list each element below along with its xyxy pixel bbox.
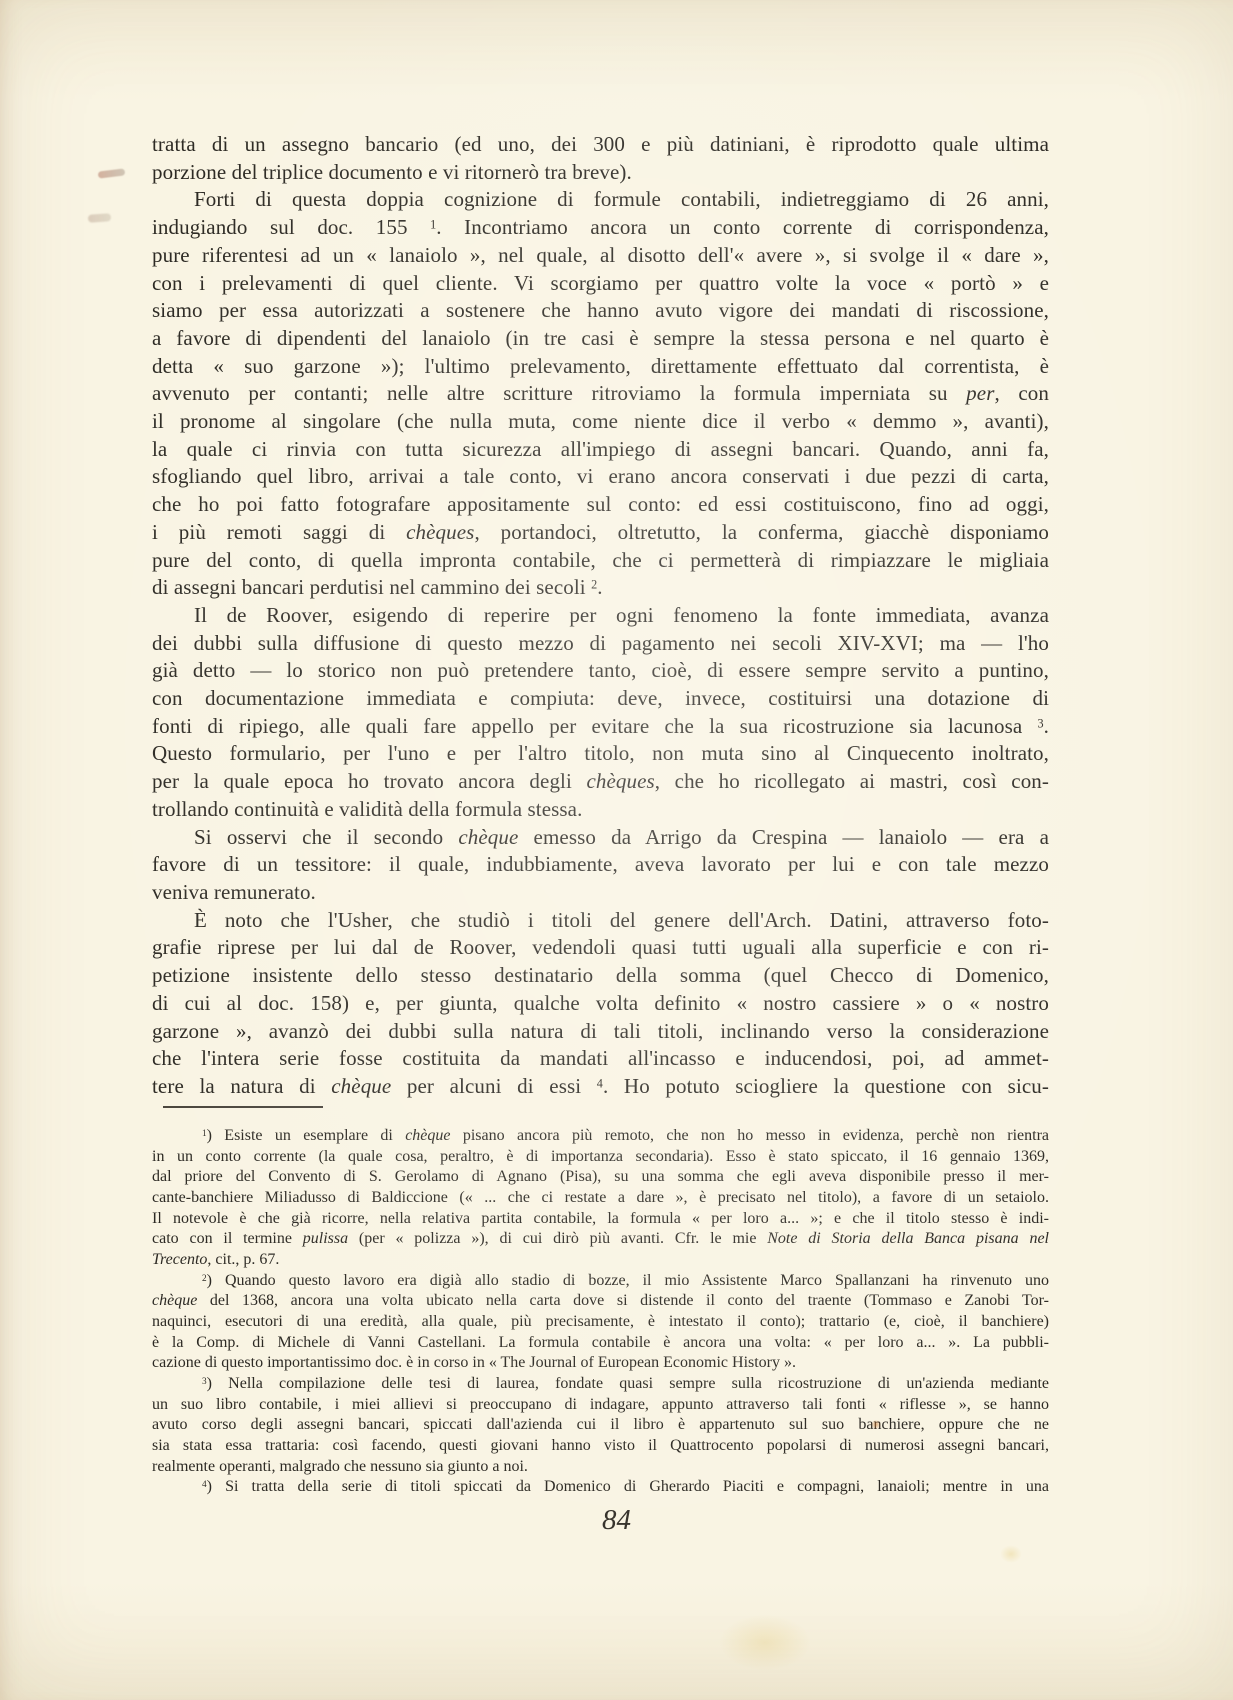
text-segment: ) Quando questo lavoro era digià allo st… (207, 1272, 1049, 1289)
text-line: favore di un tessitore: il quale, indubb… (152, 851, 1049, 879)
text-line: dei dubbi sulla diffusione di questo mez… (152, 630, 1049, 658)
text-segment: in un conto corrente (la quale cosa, per… (152, 1148, 1049, 1165)
text-line: tere la natura di chèque per alcuni di e… (152, 1073, 1049, 1101)
text-segment: avuto corso degli assegni bancari, spicc… (152, 1416, 1049, 1433)
text-line: che l'intera serie fosse costituita da m… (152, 1045, 1049, 1073)
text-segment: (per « polizza »), di cui dirò più avant… (348, 1230, 767, 1247)
text-line: di assegni bancari perdutisi nel cammino… (152, 574, 1049, 602)
text-segment: cazione di questo importantissimo doc. è… (152, 1354, 796, 1371)
text-segment: i più remoti saggi di (152, 520, 406, 544)
text-segment: ) Nella compilazione delle tesi di laure… (207, 1375, 1049, 1392)
text-segment: con i prelevamenti di quel cliente. Vi s… (152, 271, 1049, 295)
text-line: con i prelevamenti di quel cliente. Vi s… (152, 270, 1049, 298)
text-segment: veniva remunerato. (152, 880, 316, 904)
text-segment: Il de Roover, esigendo di reperire per o… (194, 603, 1049, 627)
text-line: con documentazione immediata e compiuta:… (152, 685, 1049, 713)
paper-stain (871, 1420, 881, 1429)
text-segment: dei dubbi sulla diffusione di questo mez… (152, 631, 1049, 655)
text-line: veniva remunerato. (152, 879, 1049, 907)
text-line: pure del conto, di quella impronta conta… (152, 547, 1049, 575)
text-segment: di cui al doc. 158) e, per giunta, qualc… (152, 991, 1049, 1015)
text-line: avuto corso degli assegni bancari, spicc… (152, 1415, 1049, 1436)
text-line: indugiando sul doc. 155 1. Incontriamo a… (152, 214, 1049, 242)
text-line: di cui al doc. 158) e, per giunta, qualc… (152, 990, 1049, 1018)
text-segment: chèque (458, 825, 518, 849)
text-segment: detta « suo garzone »); l'ultimo preleva… (152, 354, 1049, 378)
text-line: è la Comp. di Michele di Vanni Castellan… (152, 1333, 1049, 1354)
text-segment: petizione insistente dello stesso destin… (152, 963, 1049, 987)
text-segment: grafie riprese per lui dal de Roover, ve… (152, 935, 1049, 959)
text-segment: , con (994, 381, 1049, 405)
text-line: a favore di dipendenti del lanaiolo (in … (152, 325, 1049, 353)
text-segment: . (597, 575, 602, 599)
text-line: i più remoti saggi di chèques, portandoc… (152, 519, 1049, 547)
text-line: porzione del triplice documento e vi rit… (152, 159, 1049, 187)
text-segment: tratta di un assegno bancario (ed uno, d… (152, 132, 1049, 156)
text-segment: . (1044, 714, 1049, 738)
text-segment: Forti di questa doppia cognizione di for… (194, 187, 1049, 211)
text-segment: fonti di ripiego, alle quali fare appell… (152, 714, 1037, 738)
text-line: grafie riprese per lui dal de Roover, ve… (152, 934, 1049, 962)
text-line: Questo formulario, per l'uno e per l'alt… (152, 740, 1049, 768)
text-line: sfogliando quel libro, arrivai a tale co… (152, 463, 1049, 491)
text-segment: chèques (406, 520, 474, 544)
text-segment: emesso da Arrigo da Crespina — lanaiolo … (518, 825, 1049, 849)
text-line: realmente operanti, malgrado che nessuno… (152, 1457, 1049, 1478)
text-segment: dal priore del Convento di S. Gerolamo d… (152, 1168, 1049, 1185)
footnotes: 1) Esiste un esemplare di chèque pisano … (152, 1126, 1049, 1498)
main-text: tratta di un assegno bancario (ed uno, d… (152, 131, 1049, 1101)
text-segment: avvenuto per contanti; nelle altre scrit… (152, 381, 966, 405)
text-line: in un conto corrente (la quale cosa, per… (152, 1147, 1049, 1168)
text-line: garzone », avanzò dei dubbi sulla natura… (152, 1018, 1049, 1046)
text-segment: sfogliando quel libro, arrivai a tale co… (152, 464, 1049, 488)
text-segment: , cit., p. 67. (207, 1251, 279, 1268)
paper-stain (720, 1615, 810, 1670)
text-line: un suo libro contabile, i miei allievi s… (152, 1395, 1049, 1416)
paper-stain (1000, 1545, 1022, 1563)
text-segment: realmente operanti, malgrado che nessuno… (152, 1458, 528, 1475)
text-line: chèque del 1368, ancora una volta ubicat… (152, 1291, 1049, 1312)
text-segment: Il notevole è che già ricorre, nella rel… (152, 1210, 1049, 1227)
page-number: 84 (0, 1504, 1233, 1537)
text-segment: pulissa (303, 1230, 348, 1247)
text-segment: Note di Storia della Banca pisana nel (767, 1230, 1049, 1247)
text-segment: È noto che l'Usher, che studiò i titoli … (194, 908, 1049, 932)
text-line: che ho poi fatto fotografare appositamen… (152, 491, 1049, 519)
text-segment: per (966, 381, 994, 405)
text-segment: a favore di dipendenti del lanaiolo (in … (152, 326, 1049, 350)
text-segment: trollando continuità e validità della fo… (152, 797, 582, 821)
text-line: 1) Esiste un esemplare di chèque pisano … (152, 1126, 1049, 1147)
text-line: 2) Quando questo lavoro era digià allo s… (152, 1271, 1049, 1292)
text-segment: tere la natura di (152, 1074, 331, 1098)
text-segment: , portandoci, oltretutto, la conferma, g… (474, 520, 1049, 544)
text-segment: la quale ci rinvia con tutta sicurezza a… (152, 437, 1049, 461)
text-segment: Questo formulario, per l'uno e per l'alt… (152, 741, 1049, 765)
text-line: trollando continuità e validità della fo… (152, 796, 1049, 824)
text-segment: cato con il termine (152, 1230, 303, 1247)
text-line: già detto — lo storico non può pretender… (152, 657, 1049, 685)
text-segment: , che ho ricollegato ai mastri, così con… (655, 769, 1049, 793)
text-line: 4) Si tratta della serie di titoli spicc… (152, 1477, 1049, 1498)
pencil-mark (98, 168, 126, 178)
text-segment: sia stata essa trattaria: così facendo, … (152, 1437, 1049, 1454)
text-line: detta « suo garzone »); l'ultimo preleva… (152, 353, 1049, 381)
text-segment: cante-banchiere Miliadusso di Baldiccion… (152, 1189, 1049, 1206)
text-segment: il pronome al singolare (che nulla muta,… (152, 409, 1049, 433)
text-line: cazione di questo importantissimo doc. è… (152, 1353, 1049, 1374)
text-segment: chèque (331, 1074, 391, 1098)
text-line: tratta di un assegno bancario (ed uno, d… (152, 131, 1049, 159)
text-segment: chèque (405, 1127, 450, 1144)
text-segment: che ho poi fatto fotografare appositamen… (152, 492, 1049, 516)
text-line: Forti di questa doppia cognizione di for… (152, 186, 1049, 214)
text-segment: per la quale epoca ho trovato ancora deg… (152, 769, 586, 793)
text-line: Il de Roover, esigendo di reperire per o… (152, 602, 1049, 630)
text-line: fonti di ripiego, alle quali fare appell… (152, 713, 1049, 741)
text-line: pure riferentesi ad un « lanaiolo », nel… (152, 242, 1049, 270)
text-line: Trecento, cit., p. 67. (152, 1250, 1049, 1271)
text-line: 3) Nella compilazione delle tesi di laur… (152, 1374, 1049, 1395)
text-segment: del 1368, ancora una volta ubicato nella… (197, 1292, 1049, 1309)
text-line: naquinci, esecutori di una eredità, alla… (152, 1312, 1049, 1333)
text-line: siamo per essa autorizzati a sostenere c… (152, 297, 1049, 325)
text-segment: è la Comp. di Michele di Vanni Castellan… (152, 1334, 1049, 1351)
text-segment: ) Si tratta della serie di titoli spicca… (207, 1478, 1049, 1495)
text-segment: naquinci, esecutori di una eredità, alla… (152, 1313, 1049, 1330)
text-segment: già detto — lo storico non può pretender… (152, 658, 1049, 682)
text-line: sia stata essa trattaria: così facendo, … (152, 1436, 1049, 1457)
text-segment: ) Esiste un esemplare di (207, 1127, 406, 1144)
text-line: È noto che l'Usher, che studiò i titoli … (152, 907, 1049, 935)
text-segment: pure riferentesi ad un « lanaiolo », nel… (152, 243, 1049, 267)
text-segment: di assegni bancari perdutisi nel cammino… (152, 575, 591, 599)
text-segment: porzione del triplice documento e vi rit… (152, 160, 632, 184)
text-line: Il notevole è che già ricorre, nella rel… (152, 1209, 1049, 1230)
text-segment: Trecento (152, 1251, 207, 1268)
text-line: la quale ci rinvia con tutta sicurezza a… (152, 436, 1049, 464)
text-line: il pronome al singolare (che nulla muta,… (152, 408, 1049, 436)
book-page: tratta di un assegno bancario (ed uno, d… (0, 0, 1233, 1700)
text-segment: chèque (152, 1292, 197, 1309)
text-segment: . Incontriamo ancora un conto corrente d… (436, 215, 1049, 239)
text-segment: favore di un tessitore: il quale, indubb… (152, 852, 1049, 876)
text-line: cato con il termine pulissa (per « poliz… (152, 1229, 1049, 1250)
text-line: Si osservi che il secondo chèque emesso … (152, 824, 1049, 852)
text-segment: per alcuni di essi (391, 1074, 596, 1098)
text-segment: chèques (586, 769, 654, 793)
text-segment: pure del conto, di quella impronta conta… (152, 548, 1049, 572)
text-segment: pisano ancora più remoto, che non ho mes… (451, 1127, 1050, 1144)
text-segment: garzone », avanzò dei dubbi sulla natura… (152, 1019, 1049, 1043)
text-line: petizione insistente dello stesso destin… (152, 962, 1049, 990)
pencil-mark (88, 213, 112, 223)
text-segment: un suo libro contabile, i miei allievi s… (152, 1396, 1049, 1413)
text-segment: . Ho potuto sciogliere la questione con … (603, 1074, 1049, 1098)
text-segment: Si osservi che il secondo (194, 825, 458, 849)
text-segment: che l'intera serie fosse costituita da m… (152, 1046, 1049, 1070)
text-line: avvenuto per contanti; nelle altre scrit… (152, 380, 1049, 408)
text-line: per la quale epoca ho trovato ancora deg… (152, 768, 1049, 796)
text-segment: indugiando sul doc. 155 (152, 215, 430, 239)
text-line: dal priore del Convento di S. Gerolamo d… (152, 1167, 1049, 1188)
text-line: cante-banchiere Miliadusso di Baldiccion… (152, 1188, 1049, 1209)
footnote-rule (163, 1106, 323, 1108)
text-segment: siamo per essa autorizzati a sostenere c… (152, 298, 1049, 322)
text-segment: con documentazione immediata e compiuta:… (152, 686, 1049, 710)
